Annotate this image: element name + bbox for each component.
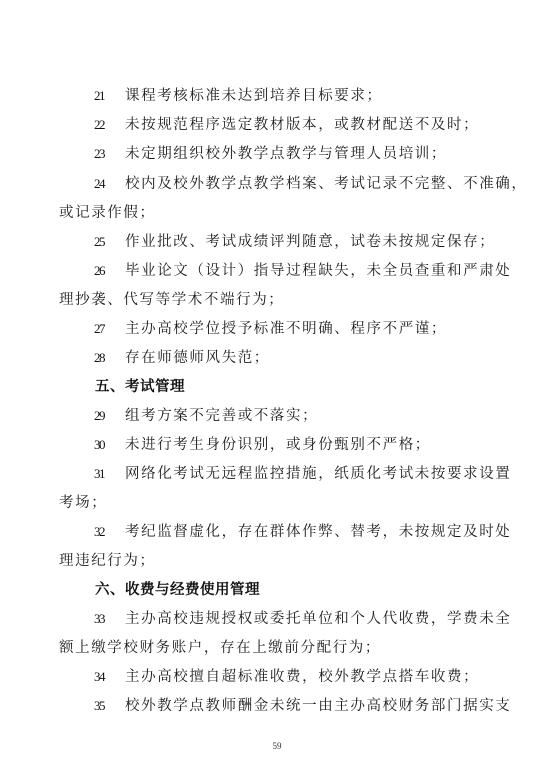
list-item-26: 26 毕业论文（设计）指导过程缺失，未全员查重和严肃处 [0,259,554,283]
item-number: 31 [94,462,104,486]
item-number: 22 [94,113,104,137]
item-number: 34 [94,665,104,689]
item-number: 25 [94,230,104,254]
item-text: 校外教学点教师酬金未统一由主办高校财务部门据实支 [125,694,511,718]
list-item-31: 31 网络化考试无远程监控措施，纸质化考试未按要求设置 [0,462,554,486]
item-text: 主办高校擅自超标准收费，校外教学点搭车收费； [125,665,479,689]
item-text: 考纪监督虚化，存在群体作弊、替考，未按规定及时处 [125,520,511,544]
item-text: 未按规范程序选定教材版本，或教材配送不及时； [125,113,479,137]
item-number: 27 [94,317,104,341]
item-text: 主办高校违规授权或委托单位和个人代收费，学费未全 [125,607,511,631]
section-heading: 六、收费与经费使用管理 [95,578,260,602]
list-item-27: 27 主办高校学位授予标准不明确、程序不严谨； [0,317,554,341]
list-item-33: 33 主办高校违规授权或委托单位和个人代收费，学费未全 [0,607,554,631]
list-item-23: 23 未定期组织校外教学点教学与管理人员培训； [0,142,554,166]
list-item-34: 34 主办高校擅自超标准收费，校外教学点搭车收费； [0,665,554,689]
list-item-32: 32 考纪监督虚化，存在群体作弊、替考，未按规定及时处 [0,520,554,544]
list-item-26-continuation: 理抄袭、代写等学术不端行为； [0,288,554,312]
item-number: 21 [94,84,104,108]
item-number: 28 [94,346,104,370]
item-number: 26 [94,259,104,283]
list-item-35: 35 校外教学点教师酬金未统一由主办高校财务部门据实支 [0,694,554,718]
item-text-continuation: 考场； [59,491,107,515]
list-item-25: 25 作业批改、考试成绩评判随意，试卷未按规定保存； [0,230,554,254]
list-item-24-continuation: 或记录作假； [0,201,554,225]
item-text-continuation: 额上缴学校财务账户，存在上缴前分配行为； [59,636,381,660]
item-number: 30 [94,433,104,457]
item-text-continuation: 或记录作假； [59,201,156,225]
list-item-29: 29 组考方案不完善或不落实； [0,404,554,428]
item-number: 33 [94,607,104,631]
item-text: 存在师德师风失范； [125,346,270,370]
page-number: 59 [0,741,554,751]
item-number: 32 [94,520,104,544]
list-item-24: 24 校内及校外教学点教学档案、考试记录不完整、不准确， [0,172,554,196]
item-number: 24 [94,172,104,196]
item-number: 35 [94,694,104,718]
section-heading-exam: 五、考试管理 [0,375,554,399]
item-text-continuation: 理抄袭、代写等学术不端行为； [59,288,284,312]
list-item-21: 21 课程考核标准未达到培养目标要求； [0,84,554,108]
section-heading: 五、考试管理 [95,375,185,399]
item-number: 29 [94,404,104,428]
item-text: 毕业论文（设计）指导过程缺失，未全员查重和严肃处 [125,259,511,283]
item-text: 主办高校学位授予标准不明确、程序不严谨； [125,317,447,341]
item-text: 作业批改、考试成绩评判随意，试卷未按规定保存； [125,230,495,254]
list-item-32-continuation: 理违纪行为； [0,549,554,573]
list-item-22: 22 未按规范程序选定教材版本，或教材配送不及时； [0,113,554,137]
section-heading-fees: 六、收费与经费使用管理 [0,578,554,602]
item-text: 组考方案不完善或不落实； [125,404,318,428]
list-item-30: 30 未进行考生身份识别，或身份甄别不严格； [0,433,554,457]
item-text: 课程考核标准未达到培养目标要求； [125,84,383,108]
list-item-33-continuation: 额上缴学校财务账户，存在上缴前分配行为； [0,636,554,660]
item-text: 未进行考生身份识别，或身份甄别不严格； [125,433,431,457]
list-item-28: 28 存在师德师风失范； [0,346,554,370]
item-number: 23 [94,142,104,166]
item-text: 未定期组织校外教学点教学与管理人员培训； [125,142,447,166]
list-item-31-continuation: 考场； [0,491,554,515]
item-text-continuation: 理违纪行为； [59,549,156,573]
item-text: 网络化考试无远程监控措施，纸质化考试未按要求设置 [125,462,511,486]
item-text: 校内及校外教学点教学档案、考试记录不完整、不准确， [125,172,528,196]
